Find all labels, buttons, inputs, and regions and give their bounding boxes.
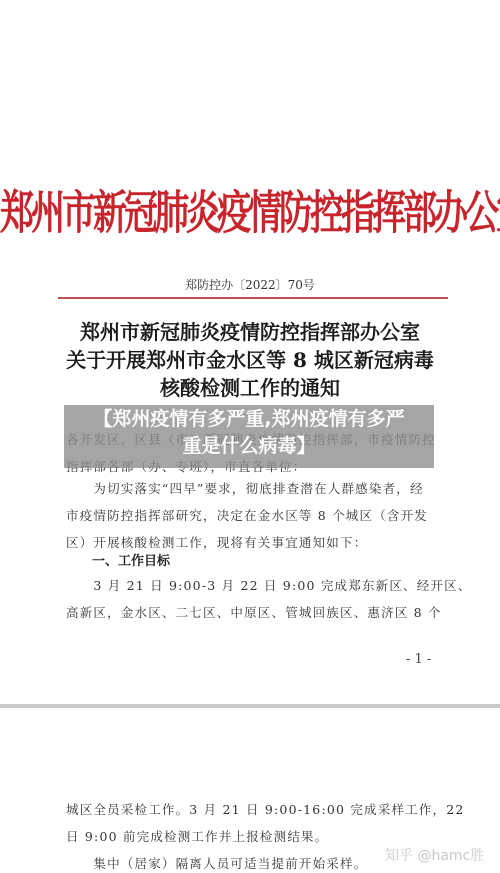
notice-title-line: 郑州市新冠肺炎疫情防控指挥部办公室 — [0, 318, 500, 346]
red-divider — [58, 297, 448, 299]
text-line: 集中（居家）隔离人员可适当提前开始采样。 — [66, 850, 438, 873]
watermark: 知乎 @hamc胜 — [385, 845, 484, 865]
section-heading: 一、工作目标 — [92, 550, 170, 569]
notice-title-line: 关于开展郑州市金水区等 8 城区新冠病毒 — [0, 346, 500, 374]
notice-title-line: 核酸检测工作的通知 — [0, 374, 500, 402]
text-line: 市疫情防控指挥部研究，决定在金水区等 8 个城区（含开发 — [66, 502, 438, 529]
page-two-text: 城区全员采检工作。3 月 21 日 9:00-16:00 完成采样工作，22 日… — [66, 796, 438, 873]
caption-line: 重是什么病毒】 — [64, 433, 434, 460]
caption-line: 【郑州疫情有多严重,郑州疫情有多严 — [64, 406, 434, 433]
notice-title: 郑州市新冠肺炎疫情防控指挥部办公室 关于开展郑州市金水区等 8 城区新冠病毒 核… — [0, 318, 500, 402]
text-line: 为切实落实“四早”要求，彻底排查潜在人群感染者，经 — [66, 475, 438, 502]
paragraph-goal: 3 月 21 日 9:00-3 月 22 日 9:00 完成郑东新区、经开区、 … — [66, 572, 438, 626]
page-number: - 1 - — [406, 652, 431, 667]
document-header-title: 郑州市新冠肺炎疫情防控指挥部办公室文件 — [0, 176, 500, 242]
document-number: 郑防控办〔2022〕70号 — [0, 276, 500, 293]
text-line: 城区全员采检工作。3 月 21 日 9:00-16:00 完成采样工作，22 — [66, 796, 438, 823]
paragraph-intro: 为切实落实“四早”要求，彻底排查潜在人群感染者，经 市疫情防控指挥部研究，决定在… — [66, 475, 438, 556]
caption-text: 【郑州疫情有多严重,郑州疫情有多严 重是什么病毒】 — [64, 406, 434, 460]
text-line: 高新区，金水区、二七区、中原区、管城回族区、惠济区 8 个 — [66, 599, 438, 626]
text-line: 日 9:00 前完成检测工作并上报检测结果。 — [66, 823, 438, 850]
text-line: 3 月 21 日 9:00-3 月 22 日 9:00 完成郑东新区、经开区、 — [66, 572, 438, 599]
page-separator — [0, 704, 500, 708]
